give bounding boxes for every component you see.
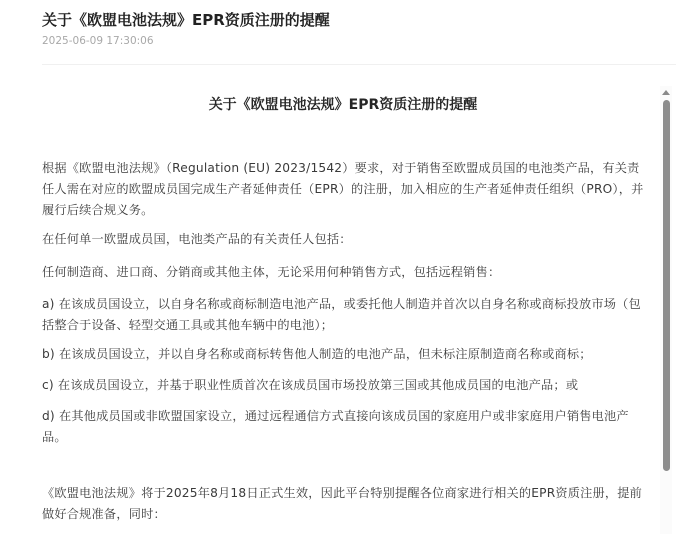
announcement-header: 关于《欧盟电池法规》EPR资质注册的提醒 2025-06-09 17:30:06: [42, 9, 685, 48]
article-content[interactable]: 关于《欧盟电池法规》EPR资质注册的提醒 根据《欧盟电池法规》（Regulati…: [42, 88, 654, 534]
article-paragraph: 《欧盟电池法规》将于2025年8月18日正式生效，因此平台特别提醒各位商家进行相…: [42, 483, 647, 525]
article-list-item-d: d) 在其他成员国或非欧盟国家设立，通过远程通信方式直接向该成员国的家庭用户或非…: [42, 406, 647, 448]
article-title: 关于《欧盟电池法规》EPR资质注册的提醒: [42, 95, 654, 115]
scrollbar-thumb[interactable]: [663, 100, 670, 471]
content-scrollbar[interactable]: [660, 86, 672, 534]
header-divider: [42, 64, 676, 65]
announcement-page: 关于《欧盟电池法规》EPR资质注册的提醒 2025-06-09 17:30:06…: [0, 0, 685, 534]
article-list-item-a: a) 在该成员国设立，以自身名称或商标制造电池产品，或委托他人制造并首次以自身名…: [42, 294, 647, 336]
article-paragraph: 在任何单一欧盟成员国，电池类产品的有关责任人包括：: [42, 229, 647, 250]
scroll-up-arrow-icon[interactable]: [662, 90, 670, 95]
announcement-timestamp: 2025-06-09 17:30:06: [42, 34, 685, 48]
announcement-title: 关于《欧盟电池法规》EPR资质注册的提醒: [42, 9, 685, 31]
article-list-item-c: c) 在该成员国设立，并基于职业性质首次在该成员国市场投放第三国或其他成员国的电…: [42, 375, 647, 396]
article-paragraph: 根据《欧盟电池法规》（Regulation (EU) 2023/1542）要求，…: [42, 158, 647, 221]
article-list-item-b: b) 在该成员国设立，并以自身名称或商标转售他人制造的电池产品，但未标注原制造商…: [42, 344, 647, 365]
article-paragraph: 任何制造商、进口商、分销商或其他主体，无论采用何种销售方式，包括远程销售：: [42, 262, 647, 283]
